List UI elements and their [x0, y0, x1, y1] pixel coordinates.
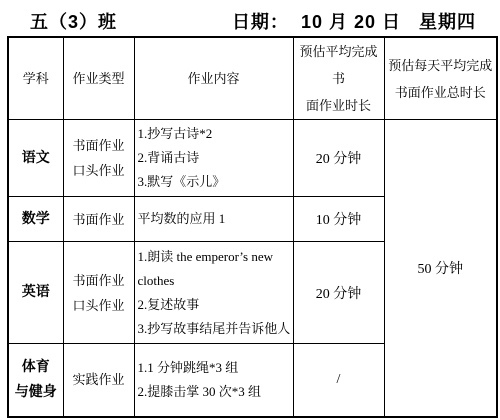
type-cell: 书面作业 口头作业: [63, 242, 134, 344]
time-cell: /: [293, 344, 384, 417]
date-info: 日期： 10 月 20 日 星期四: [232, 8, 476, 34]
daily-total-cell: 50 分钟: [384, 120, 497, 417]
header-subject: 学科: [8, 37, 63, 120]
time-cell: 20 分钟: [293, 120, 384, 197]
subject-cell: 英语: [8, 242, 63, 344]
header-daily-total-time: 预估每天平均完成 书面作业总时长: [384, 37, 497, 120]
content-cell: 1.1 分钟跳绳*3 组 2.提膝击掌 30 次*3 组: [134, 344, 293, 417]
content-cell: 1.朗读 the emperor’s new clothes 2.复述故事 3.…: [134, 242, 293, 344]
subject-cell: 语文: [8, 120, 63, 197]
subject-cell: 体育 与健身: [8, 344, 63, 417]
type-cell: 实践作业: [63, 344, 134, 417]
page-header: 五（3）班 日期： 10 月 20 日 星期四: [0, 0, 500, 36]
header-homework-content: 作业内容: [134, 37, 293, 120]
content-cell: 平均数的应用 1: [134, 197, 293, 242]
table-row-chinese: 语文 书面作业 口头作业 1.抄写古诗*2 2.背诵古诗 3.默写《示儿》 20…: [8, 120, 497, 197]
time-cell: 10 分钟: [293, 197, 384, 242]
content-cell: 1.抄写古诗*2 2.背诵古诗 3.默写《示儿》: [134, 120, 293, 197]
subject-cell: 数学: [8, 197, 63, 242]
homework-table: 学科 作业类型 作业内容 预估平均完成书 面作业时长 预估每天平均完成 书面作业…: [7, 36, 498, 418]
time-cell: 20 分钟: [293, 242, 384, 344]
type-cell: 书面作业: [63, 197, 134, 242]
header-row: 学科 作业类型 作业内容 预估平均完成书 面作业时长 预估每天平均完成 书面作业…: [8, 37, 497, 120]
header-avg-written-time: 预估平均完成书 面作业时长: [293, 37, 384, 120]
class-name: 五（3）班: [30, 8, 117, 34]
type-cell: 书面作业 口头作业: [63, 120, 134, 197]
header-homework-type: 作业类型: [63, 37, 134, 120]
